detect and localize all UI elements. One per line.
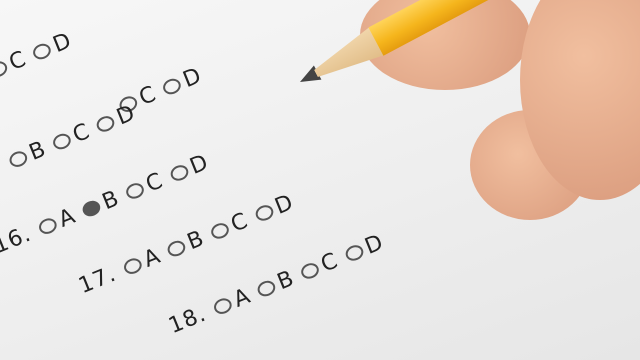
answer-bubble: [124, 181, 146, 202]
answer-bubble: [343, 243, 365, 264]
option-label: C: [136, 82, 160, 111]
answer-bubble: [253, 203, 275, 224]
option-label: B: [184, 226, 207, 255]
option-label: A: [55, 204, 78, 233]
option-label: C: [228, 209, 252, 238]
option-label: C: [143, 169, 167, 198]
question-number: 18.: [165, 302, 210, 339]
answer-bubble: [299, 261, 321, 282]
answer-bubble: [168, 163, 190, 184]
option-label: A: [140, 244, 163, 273]
answer-row: C D: [0, 29, 75, 85]
answer-row: B C D: [5, 101, 138, 174]
answer-bubble: [161, 76, 183, 97]
answer-bubble: [165, 238, 187, 259]
option-label: C: [318, 249, 342, 278]
answer-bubble: [7, 149, 29, 170]
answer-bubble: [209, 221, 231, 242]
option-label: D: [271, 190, 296, 220]
option-label: C: [69, 119, 93, 148]
option-label: D: [361, 230, 386, 260]
option-label: D: [180, 64, 205, 94]
option-label: B: [274, 266, 297, 295]
option-label: D: [50, 29, 75, 59]
option-label: B: [99, 186, 122, 215]
answer-bubble-filled: [80, 198, 102, 219]
answer-bubble: [255, 278, 277, 299]
question-number: 16.: [0, 222, 35, 259]
answer-bubble: [31, 41, 53, 62]
answer-bubble: [51, 131, 73, 152]
answer-bubble: [37, 216, 59, 237]
option-label: C: [6, 47, 30, 76]
option-label: B: [26, 137, 49, 166]
answer-bubble: [0, 59, 9, 80]
question-number: 17.: [75, 262, 120, 299]
answer-bubble: [95, 113, 117, 134]
option-label: A: [230, 284, 253, 313]
answer-bubble: [212, 296, 234, 317]
answer-bubble: [122, 256, 144, 277]
option-label: D: [186, 150, 211, 180]
